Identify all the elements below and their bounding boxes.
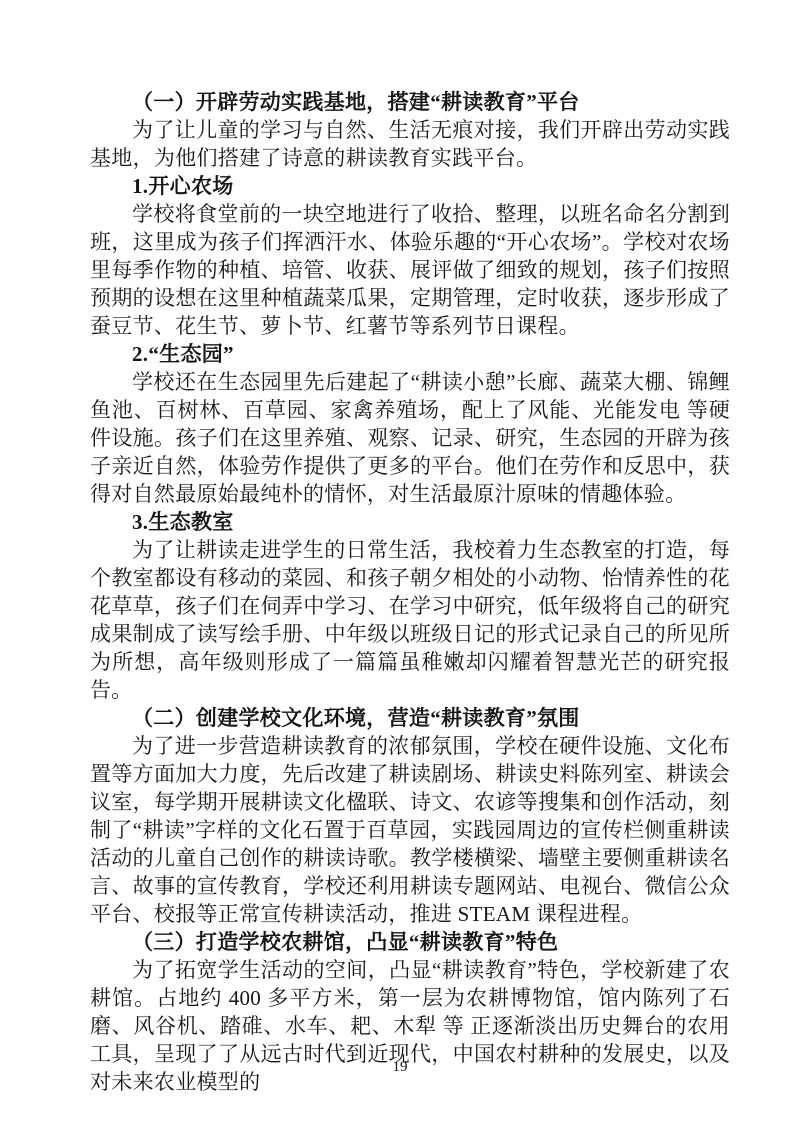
body-paragraph: 学校将食堂前的一块空地进行了收拾、整理，以班名命名分割到班，这里成为孩子们挥洒汗… <box>90 200 730 340</box>
section-heading: （二）创建学校文化环境，营造“耕读教育”氛围 <box>90 704 730 732</box>
section-heading: 3.生态教室 <box>90 508 730 536</box>
document-page: （一）开辟劳动实践基地，搭建“耕读教育”平台为了让儿童的学习与自然、生活无痕对接… <box>0 0 800 1131</box>
body-paragraph: 为了让耕读走进学生的日常生活，我校着力生态教室的打造，每个教室都设有移动的菜园、… <box>90 536 730 704</box>
section-heading: （三）打造学校农耕馆，凸显“耕读教育”特色 <box>90 928 730 956</box>
document-content: （一）开辟劳动实践基地，搭建“耕读教育”平台为了让儿童的学习与自然、生活无痕对接… <box>90 88 730 1096</box>
body-paragraph: 学校还在生态园里先后建起了“耕读小憩”长廊、蔬菜大棚、锦鲤鱼池、百树林、百草园、… <box>90 368 730 508</box>
section-heading: 2.“生态园” <box>90 340 730 368</box>
body-paragraph: 为了让儿童的学习与自然、生活无痕对接，我们开辟出劳动实践基地，为他们搭建了诗意的… <box>90 116 730 172</box>
page-footer: 19 <box>0 1058 800 1076</box>
section-heading: 1.开心农场 <box>90 172 730 200</box>
section-heading: （一）开辟劳动实践基地，搭建“耕读教育”平台 <box>90 88 730 116</box>
page-number: 19 <box>393 1059 408 1075</box>
body-paragraph: 为了进一步营造耕读教育的浓郁氛围，学校在硬件设施、文化布置等方面加大力度，先后改… <box>90 732 730 928</box>
